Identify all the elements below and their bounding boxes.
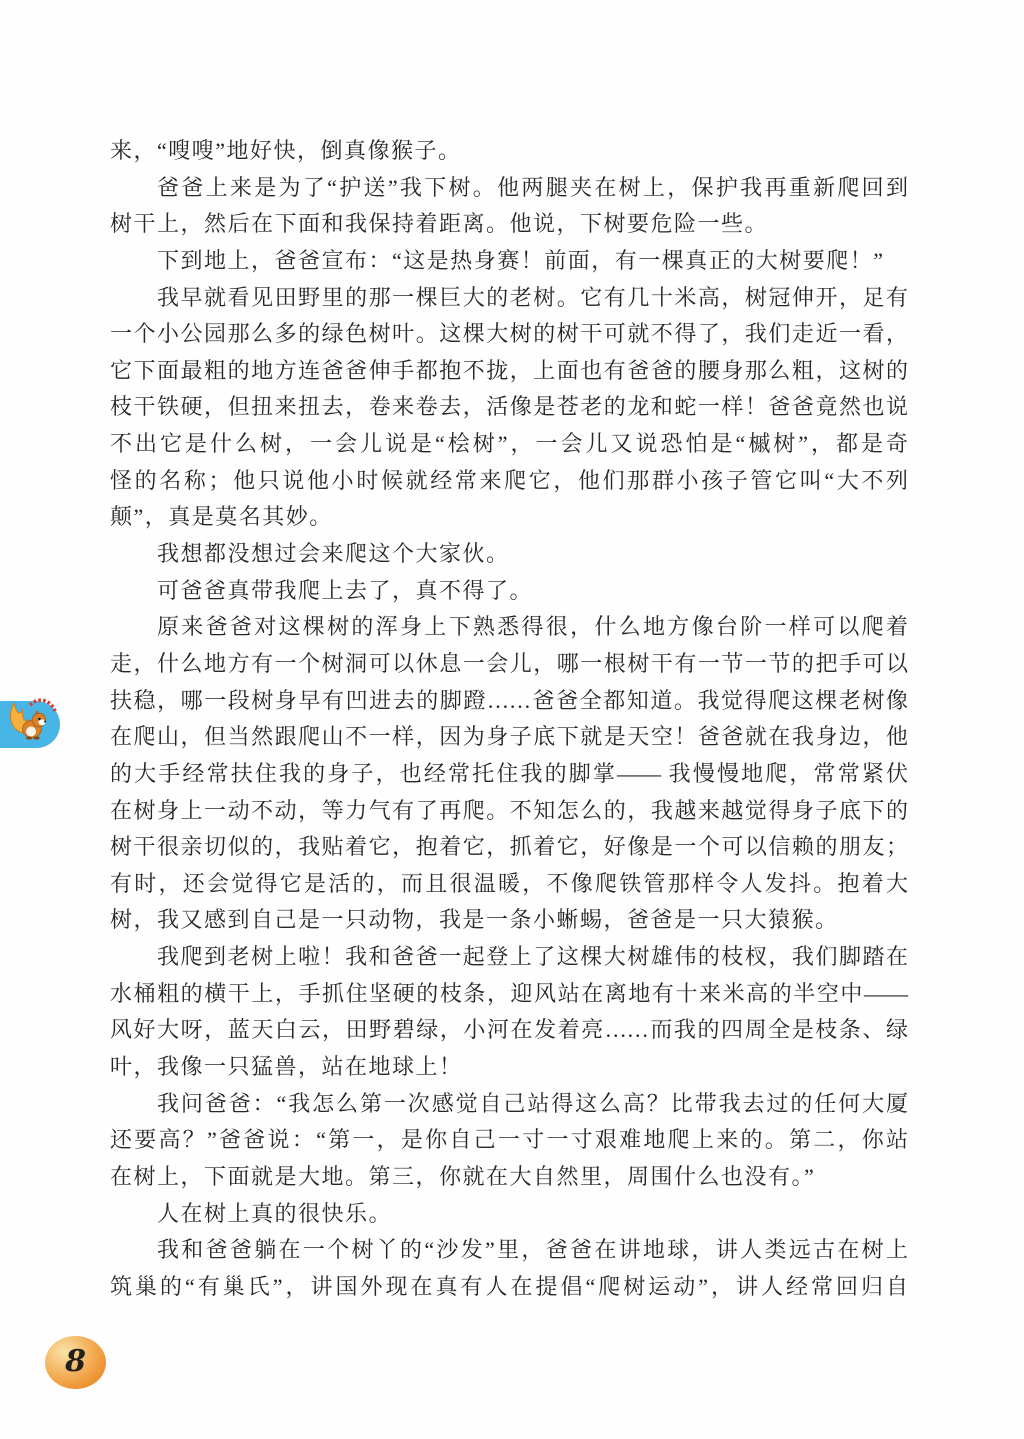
text-line: 树干很亲切似的，我贴着它，抱着它，抓着它，好像是一个可以信赖的朋友； xyxy=(110,829,908,866)
text-line: 颠”，真是莫名其妙。 xyxy=(110,499,908,536)
mascot-arc-scribble xyxy=(30,700,55,711)
text-line: 水桶粗的横干上，手抓住坚硬的枝条，迎风站在离地有十来米高的半空中—— xyxy=(110,976,908,1013)
text-line: 枝干铁硬，但扭来扭去，卷来卷去，活像是苍老的龙和蛇一样！爸爸竟然也说 xyxy=(110,389,908,426)
text-line: 叶，我像一只猛兽，站在地球上！ xyxy=(110,1049,908,1086)
text-line: 树干上，然后在下面和我保持着距离。他说，下树要危险一些。 xyxy=(110,206,908,243)
text-line: 我早就看见田野里的那一棵巨大的老树。它有几十米高，树冠伸开，足有 xyxy=(110,280,908,317)
text-line: 扶稳，哪一段树身早有凹进去的脚蹬……爸爸全都知道。我觉得爬这棵老树像 xyxy=(110,683,908,720)
text-line: 原来爸爸对这棵树的浑身上下熟悉得很，什么地方像台阶一样可以爬着 xyxy=(110,609,908,646)
text-line: 风好大呀，蓝天白云，田野碧绿，小河在发着亮……而我的四周全是枝条、绿 xyxy=(110,1012,908,1049)
book-page: 来，“嗖嗖”地好快，倒真像猴子。爸爸上来是为了“护送”我下树。他两腿夹在树上，保… xyxy=(0,0,1024,1439)
text-line: 我和爸爸躺在一个树丫的“沙发”里，爸爸在讲地球，讲人类远古在树上 xyxy=(110,1232,908,1269)
page-number-badge: 8 xyxy=(45,1336,106,1389)
text-line: 在树身上一动不动，等力气有了再爬。不知怎么的，我越来越觉得身子底下的 xyxy=(110,793,908,830)
text-line: 筑巢的“有巢氏”，讲国外现在真有人在提倡“爬树运动”，讲人经常回归自 xyxy=(110,1269,908,1306)
text-line: 怪的名称；他只说他小时候就经常来爬它，他们那群小孩子管它叫“大不列 xyxy=(110,463,908,500)
text-line: 有时，还会觉得它是活的，而且很温暖，不像爬铁管那样令人发抖。抱着大 xyxy=(110,866,908,903)
text-line: 在爬山，但当然跟爬山不一样，因为身子底下就是天空！爸爸就在我身边，他 xyxy=(110,719,908,756)
page-number: 8 xyxy=(65,1344,86,1379)
text-line: 爸爸上来是为了“护送”我下树。他两腿夹在树上，保护我再重新爬回到 xyxy=(110,170,908,207)
text-line: 我爬到老树上啦！我和爸爸一起登上了这棵大树雄伟的枝杈，我们脚踏在 xyxy=(110,939,908,976)
body-text: 来，“嗖嗖”地好快，倒真像猴子。爸爸上来是为了“护送”我下树。他两腿夹在树上，保… xyxy=(110,133,908,1306)
squirrel-icon xyxy=(2,689,58,747)
text-line: 的大手经常扶住我的身子，也经常托住我的脚掌—— 我慢慢地爬，常常紧伏 xyxy=(110,756,908,793)
text-line: 一个小公园那么多的绿色树叶。这棵大树的树干可就不得了，我们走近一看， xyxy=(110,316,908,353)
text-line: 它下面最粗的地方连爸爸伸手都抱不拢，上面也有爸爸的腰身那么粗，这树的 xyxy=(110,353,908,390)
text-line: 可爸爸真带我爬上去了，真不得了。 xyxy=(110,573,908,610)
text-line: 还要高？”爸爸说：“第一，是你自己一寸一寸艰难地爬上来的。第二，你站 xyxy=(110,1122,908,1159)
text-line: 人在树上真的很快乐。 xyxy=(110,1196,908,1233)
text-line: 树，我又感到自己是一只动物，我是一条小蜥蜴，爸爸是一只大猿猴。 xyxy=(110,902,908,939)
text-line: 不出它是什么树，一会儿说是“桧树”，一会儿又说恐怕是“槭树”，都是奇 xyxy=(110,426,908,463)
text-line: 下到地上，爸爸宣布：“这是热身赛！前面，有一棵真正的大树要爬！” xyxy=(110,243,908,280)
text-line: 我想都没想过会来爬这个大家伙。 xyxy=(110,536,908,573)
text-line: 我问爸爸：“我怎么第一次感觉自己站得这么高？比带我去过的任何大厦 xyxy=(110,1086,908,1123)
text-line: 来，“嗖嗖”地好快，倒真像猴子。 xyxy=(110,133,908,170)
text-line: 走，什么地方有一个树洞可以休息一会儿，哪一根树干有一节一节的把手可以 xyxy=(110,646,908,683)
text-line: 在树上，下面就是大地。第三，你就在大自然里，周围什么也没有。” xyxy=(110,1159,908,1196)
mascot-tab xyxy=(0,701,60,748)
